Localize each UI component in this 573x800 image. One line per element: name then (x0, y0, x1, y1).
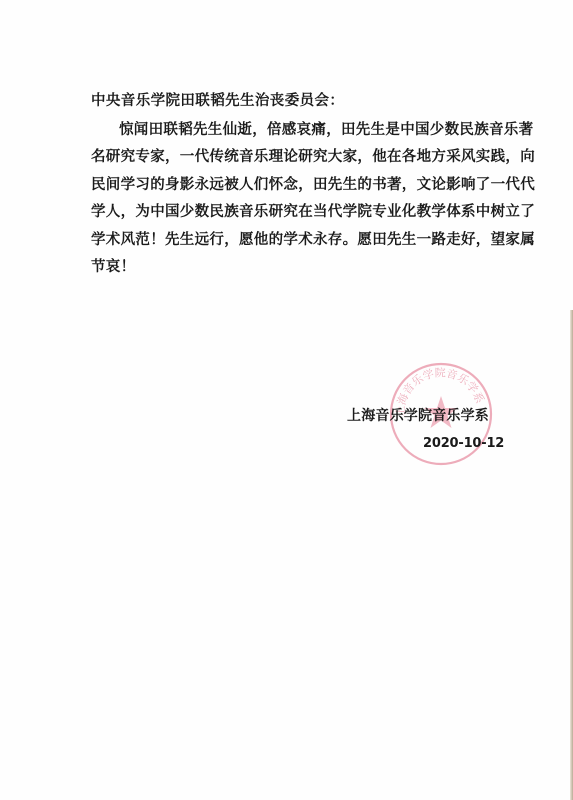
body-line: 名研究专家，一代传统音乐理论研究大家，他在各地方采风实践，向 (91, 143, 491, 170)
body-line: 民间学习的身影永远被人们怀念，田先生的书著，文论影响了一代代 (91, 171, 491, 198)
body-line: 学人，为中国少数民族音乐研究在当代学院专业化教学体系中树立了 (91, 198, 491, 225)
letter-page: 中央音乐学院田联韬先生治丧委员会： 惊闻田联韬先生仙逝，倍感哀痛，田先生是中国少… (0, 0, 573, 800)
body-line: 节哀！ (91, 253, 491, 280)
salutation: 中央音乐学院田联韬先生治丧委员会： (91, 89, 344, 110)
letter-body: 惊闻田联韬先生仙逝，倍感哀痛，田先生是中国少数民族音乐著 名研究专家，一代传统音… (91, 116, 491, 280)
body-line: 惊闻田联韬先生仙逝，倍感哀痛，田先生是中国少数民族音乐著 (91, 116, 491, 143)
body-line: 学术风范！先生远行，愿他的学术永存。愿田先生一路走好，望家属 (91, 226, 491, 253)
signature: 上海音乐学院音乐学系 (347, 405, 489, 425)
letter-date: 2020-10-12 (423, 436, 504, 451)
